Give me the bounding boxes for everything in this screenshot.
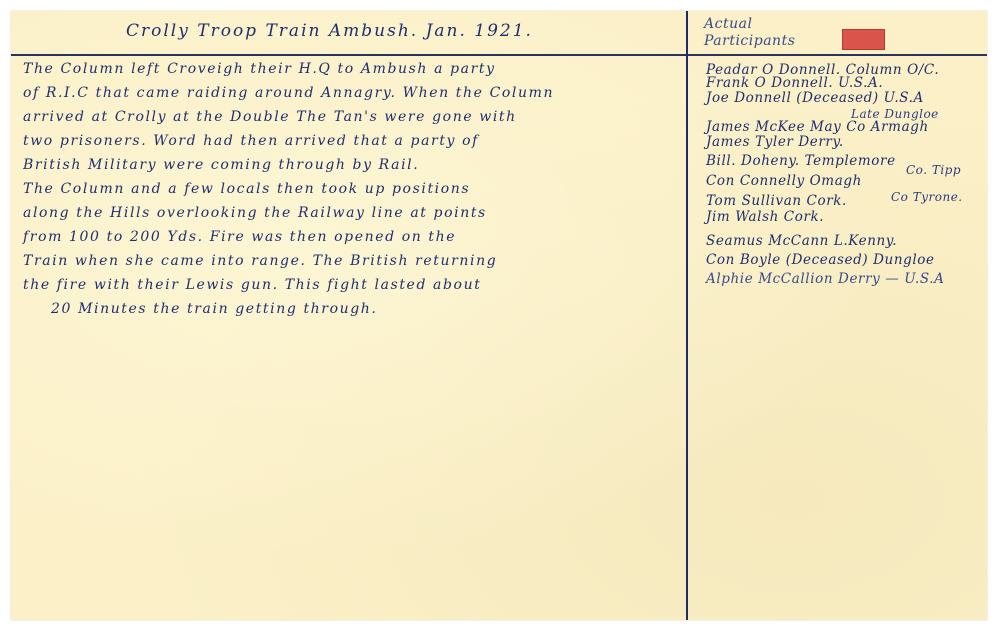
card-title: Crolly Troop Train Ambush. Jan. 1921. [126,21,533,41]
header-rule [11,54,987,56]
participant-note: Co. Tipp [906,163,961,177]
narrative-line: British Military were coming through by … [23,157,419,173]
narrative-line: The Column and a few locals then took up… [23,181,470,197]
red-stamp-mark [842,29,885,50]
narrative-line: the fire with their Lewis gun. This figh… [23,277,481,293]
narrative-line: from 100 to 200 Yds. Fire was then opene… [23,229,456,245]
narrative-line: two prisoners. Word had then arrived tha… [23,133,479,149]
column-divider [686,11,688,620]
narrative-line: Train when she came into range. The Brit… [23,253,497,269]
participant: Seamus McCann L.Kenny. [706,233,897,249]
participant: Con Boyle (Deceased) Dungloe [706,252,935,268]
narrative-line: arrived at Crolly at the Double The Tan'… [23,109,517,125]
participant-note: Co Tyrone. [891,190,963,204]
participant: Jim Walsh Cork. [706,209,824,225]
narrative-line: 20 Minutes the train getting through. [51,301,377,317]
participant: Tom Sullivan Cork. [706,193,847,209]
narrative-line: The Column left Croveigh their H.Q to Am… [23,61,496,77]
participant: Joe Donnell (Deceased) U.S.A [706,90,924,106]
participant: James Tyler Derry. [706,134,844,150]
participant: Bill. Doheny. Templemore [706,153,896,169]
participant: Frank O Donnell. U.S.A. [706,75,883,91]
participant: Con Connelly Omagh [706,173,862,189]
archive-card: Crolly Troop Train Ambush. Jan. 1921. Ac… [11,11,987,620]
participant: Alphie McCallion Derry — U.S.A [706,271,945,287]
narrative-line: along the Hills overlooking the Railway … [23,205,487,221]
narrative-line: of R.I.C that came raiding around Annagr… [23,85,554,101]
participants-header-line1: Actual [704,16,752,32]
participants-header-line2: Participants [704,33,795,49]
participant: James McKee May Co Armagh [706,119,929,135]
